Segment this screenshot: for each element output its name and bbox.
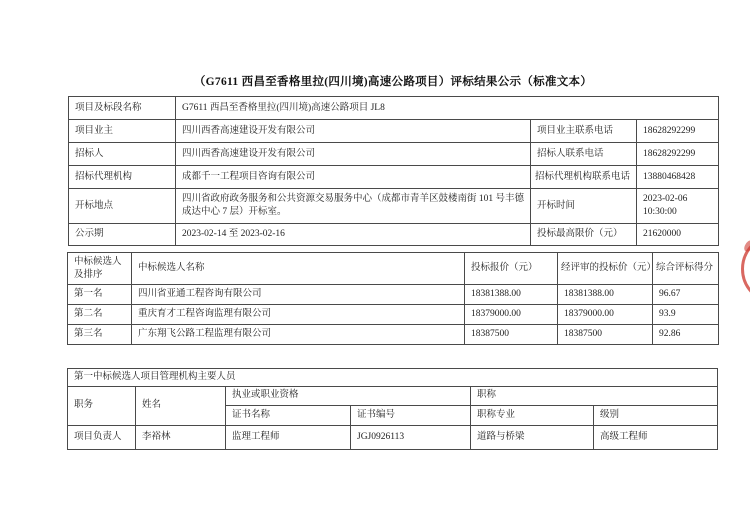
info-value: 成都千一工程项目咨询有限公司	[176, 166, 531, 189]
info-label: 开标时间	[531, 189, 637, 224]
info-label: 招标代理机构	[69, 166, 176, 189]
candidate-row: 第二名 重庆育才工程咨询监理有限公司 18379000.00 18379000.…	[68, 305, 719, 325]
candidate-evaluated-price: 18381388.00	[558, 285, 653, 305]
info-value: 2023-02-06 10:30:00	[637, 189, 719, 224]
header-bid-price: 投标报价（元）	[465, 253, 558, 285]
info-label: 公示期	[69, 224, 176, 246]
info-label: 项目业主	[69, 120, 176, 143]
header-qualification-group: 执业或职业资格	[226, 386, 471, 405]
personnel-table: 第一中标候选人项目管理机构主要人员 职务 姓名 执业或职业资格 职称 证书名称 …	[67, 368, 718, 450]
candidate-name: 广东翔飞公路工程监理有限公司	[132, 325, 465, 345]
candidate-rank: 第一名	[68, 285, 132, 305]
info-label: 投标最高限价（元）	[531, 224, 637, 246]
doc-title: （G7611 西昌至香格里拉(四川境)高速公路项目）评标结果公示（标准文本）	[68, 74, 718, 91]
personnel-caption-row: 第一中标候选人项目管理机构主要人员	[68, 369, 718, 387]
header-cert-no: 证书编号	[351, 405, 471, 425]
header-name: 姓名	[136, 386, 226, 425]
personnel-header-row: 职务 姓名 执业或职业资格 职称	[68, 386, 718, 405]
candidate-row: 第三名 广东翔飞公路工程监理有限公司 18387500 18387500 92.…	[68, 325, 719, 345]
candidate-evaluated-price: 18387500	[558, 325, 653, 345]
info-value: 21620000	[637, 224, 719, 246]
header-evaluated-price: 经评审的投标价（元）	[558, 253, 653, 285]
header-score: 综合评标得分	[653, 253, 719, 285]
person-position: 项目负责人	[68, 425, 136, 449]
table-row: 公示期 2023-02-14 至 2023-02-16 投标最高限价（元） 21…	[69, 224, 719, 246]
info-label: 招标代理机构联系电话	[531, 166, 637, 189]
candidate-rank: 第二名	[68, 305, 132, 325]
candidate-bid-price: 18387500	[465, 325, 558, 345]
info-value: 四川西香高速建设开发有限公司	[176, 120, 531, 143]
candidate-bid-price: 18381388.00	[465, 285, 558, 305]
person-title-major: 道路与桥梁	[471, 425, 594, 449]
person-title-level: 高级工程师	[594, 425, 718, 449]
table-row: 项目及标段名称 G7611 西昌至香格里拉(四川境)高速公路项目 JL8	[69, 97, 719, 120]
candidate-name: 重庆育才工程咨询监理有限公司	[132, 305, 465, 325]
header-title-group: 职称	[471, 386, 718, 405]
candidate-evaluated-price: 18379000.00	[558, 305, 653, 325]
header-name: 中标候选人名称	[132, 253, 465, 285]
info-value: 四川西香高速建设开发有限公司	[176, 143, 531, 166]
header-cert-name: 证书名称	[226, 405, 351, 425]
table-row: 项目业主 四川西香高速建设开发有限公司 项目业主联系电话 18628292299	[69, 120, 719, 143]
person-name: 李裕林	[136, 425, 226, 449]
candidates-table: 中标候选人及排序 中标候选人名称 投标报价（元） 经评审的投标价（元） 综合评标…	[67, 252, 719, 345]
candidate-bid-price: 18379000.00	[465, 305, 558, 325]
header-position: 职务	[68, 386, 136, 425]
table-row: 开标地点 四川省政府政务服务和公共资源交易服务中心（成都市青羊区鼓楼南街 101…	[69, 189, 719, 224]
personnel-row: 项目负责人 李裕林 监理工程师 JGJ0926113 道路与桥梁 高级工程师	[68, 425, 718, 449]
info-value: G7611 西昌至香格里拉(四川境)高速公路项目 JL8	[176, 97, 719, 120]
candidate-score: 96.67	[653, 285, 719, 305]
info-value: 2023-02-14 至 2023-02-16	[176, 224, 531, 246]
header-rank: 中标候选人及排序	[68, 253, 132, 285]
candidates-header-row: 中标候选人及排序 中标候选人名称 投标报价（元） 经评审的投标价（元） 综合评标…	[68, 253, 719, 285]
candidate-row: 第一名 四川省亚通工程咨询有限公司 18381388.00 18381388.0…	[68, 285, 719, 305]
person-cert-name: 监理工程师	[226, 425, 351, 449]
info-value: 18628292299	[637, 143, 719, 166]
info-label: 开标地点	[69, 189, 176, 224]
candidate-name: 四川省亚通工程咨询有限公司	[132, 285, 465, 305]
project-info-table: 项目及标段名称 G7611 西昌至香格里拉(四川境)高速公路项目 JL8 项目业…	[68, 96, 719, 246]
header-title-level: 级别	[594, 405, 718, 425]
info-label: 招标人联系电话	[531, 143, 637, 166]
personnel-section-title: 第一中标候选人项目管理机构主要人员	[68, 369, 718, 387]
info-value: 四川省政府政务服务和公共资源交易服务中心（成都市青羊区鼓楼南街 101 号丰德成…	[176, 189, 531, 224]
info-value: 13880468428	[637, 166, 719, 189]
red-seal-inner-mark-icon	[743, 239, 750, 253]
info-label: 项目业主联系电话	[531, 120, 637, 143]
table-row: 招标代理机构 成都千一工程项目咨询有限公司 招标代理机构联系电话 1388046…	[69, 166, 719, 189]
candidate-score: 93.9	[653, 305, 719, 325]
info-value: 18628292299	[637, 120, 719, 143]
info-label: 项目及标段名称	[69, 97, 176, 120]
person-cert-no: JGJ0926113	[351, 425, 471, 449]
document-page: （G7611 西昌至香格里拉(四川境)高速公路项目）评标结果公示（标准文本） 项…	[0, 0, 750, 530]
header-title-major: 职称专业	[471, 405, 594, 425]
candidate-rank: 第三名	[68, 325, 132, 345]
table-row: 招标人 四川西香高速建设开发有限公司 招标人联系电话 18628292299	[69, 143, 719, 166]
candidate-score: 92.86	[653, 325, 719, 345]
info-label: 招标人	[69, 143, 176, 166]
